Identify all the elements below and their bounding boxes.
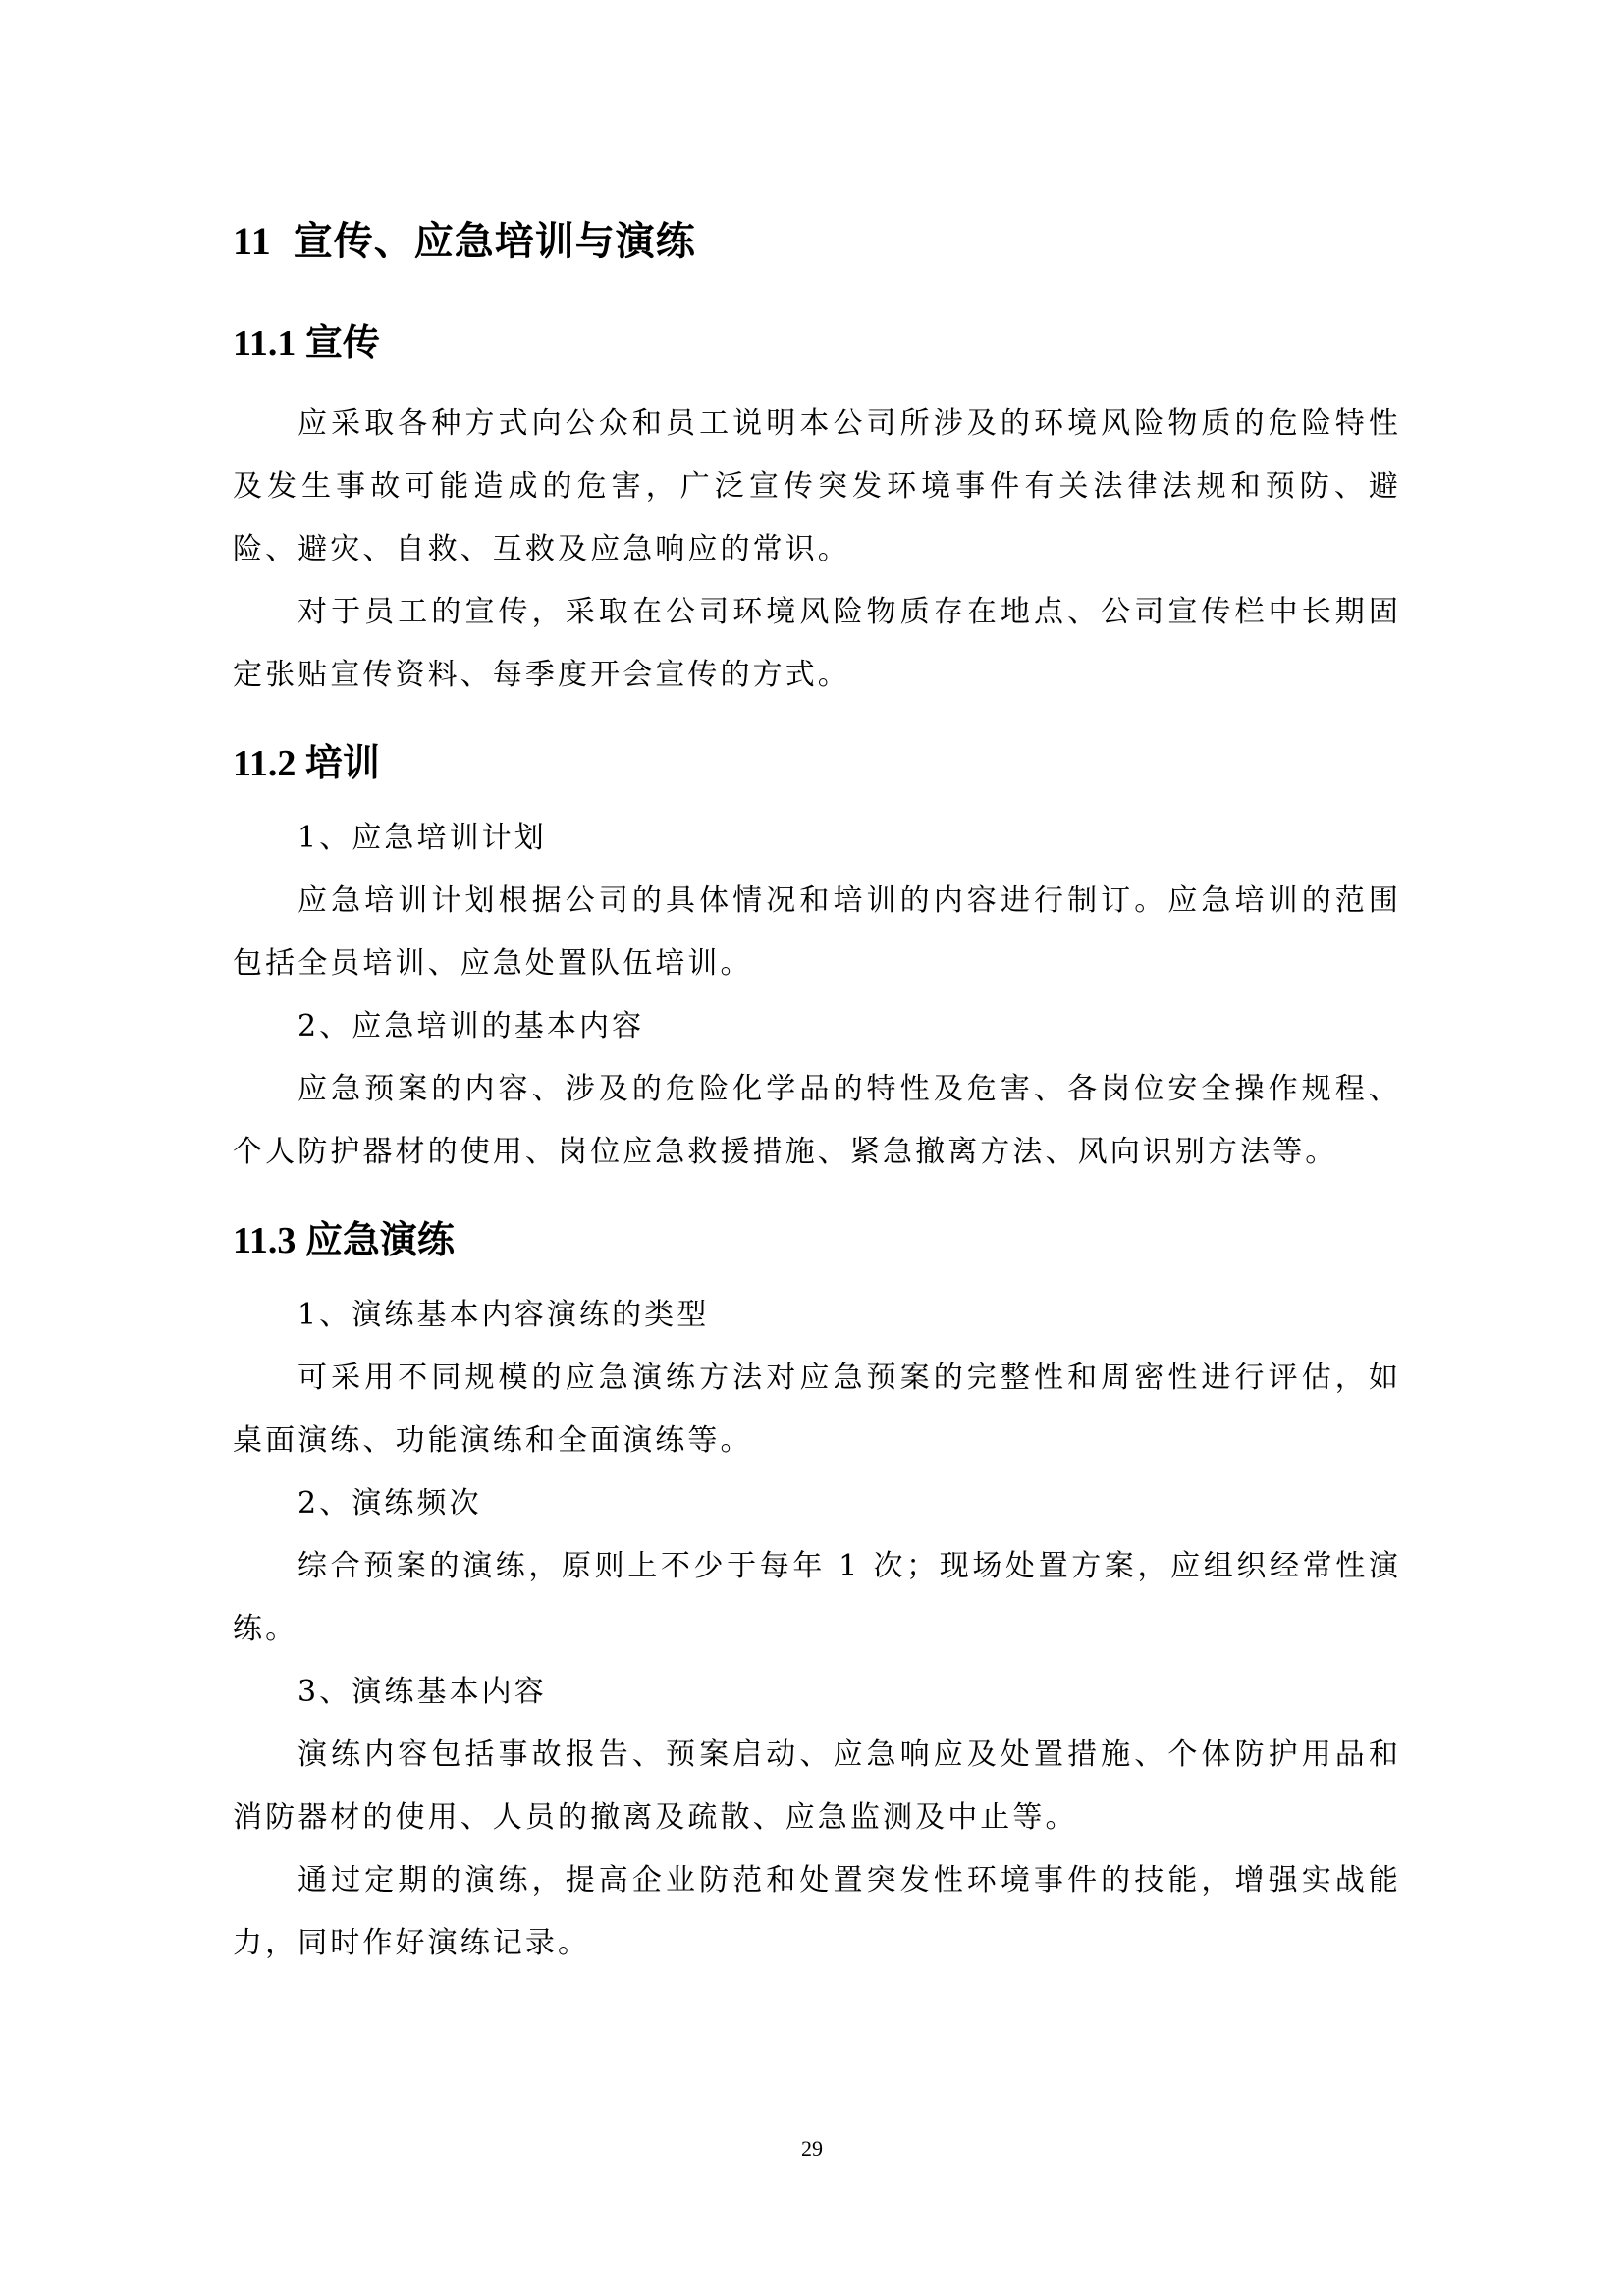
paragraph: 应急预案的内容、涉及的危险化学品的特性及危害、各岗位安全操作规程、个人防护器材的… (233, 1058, 1401, 1184)
paragraph: 演练内容包括事故报告、预案启动、应急响应及处置措施、个体防护用品和消防器材的使用… (233, 1724, 1401, 1849)
section-heading-11-2: 11.2 培训 (233, 732, 380, 786)
paragraph: 综合预案的演练，原则上不少于每年 1 次；现场处置方案，应组织经常性演练。 (233, 1535, 1401, 1661)
list-item-heading: 2、应急培训的基本内容 (233, 995, 1401, 1058)
list-item-heading: 1、演练基本内容演练的类型 (233, 1284, 1401, 1347)
chapter-heading: 11宣传、应急培训与演练 (233, 210, 696, 266)
section-heading-11-1: 11.1 宣传 (233, 312, 380, 366)
chapter-number: 11 (233, 219, 272, 263)
page-number: 29 (0, 2136, 1624, 2162)
list-item-heading: 3、演练基本内容 (233, 1661, 1401, 1724)
paragraph: 应采取各种方式向公众和员工说明本公司所涉及的环境风险物质的危险特性及发生事故可能… (233, 393, 1401, 581)
chapter-title: 宣传、应急培训与演练 (294, 219, 696, 263)
paragraph: 对于员工的宣传，采取在公司环境风险物质存在地点、公司宣传栏中长期固定张贴宣传资料… (233, 581, 1401, 707)
section-heading-11-3: 11.3 应急演练 (233, 1209, 455, 1263)
list-item-heading: 1、应急培训计划 (233, 807, 1401, 870)
paragraph: 可采用不同规模的应急演练方法对应急预案的完整性和周密性进行评估，如桌面演练、功能… (233, 1347, 1401, 1472)
paragraph: 通过定期的演练，提高企业防范和处置突发性环境事件的技能，增强实战能力，同时作好演… (233, 1849, 1401, 1975)
paragraph: 应急培训计划根据公司的具体情况和培训的内容进行制订。应急培训的范围包括全员培训、… (233, 870, 1401, 995)
list-item-heading: 2、演练频次 (233, 1472, 1401, 1535)
